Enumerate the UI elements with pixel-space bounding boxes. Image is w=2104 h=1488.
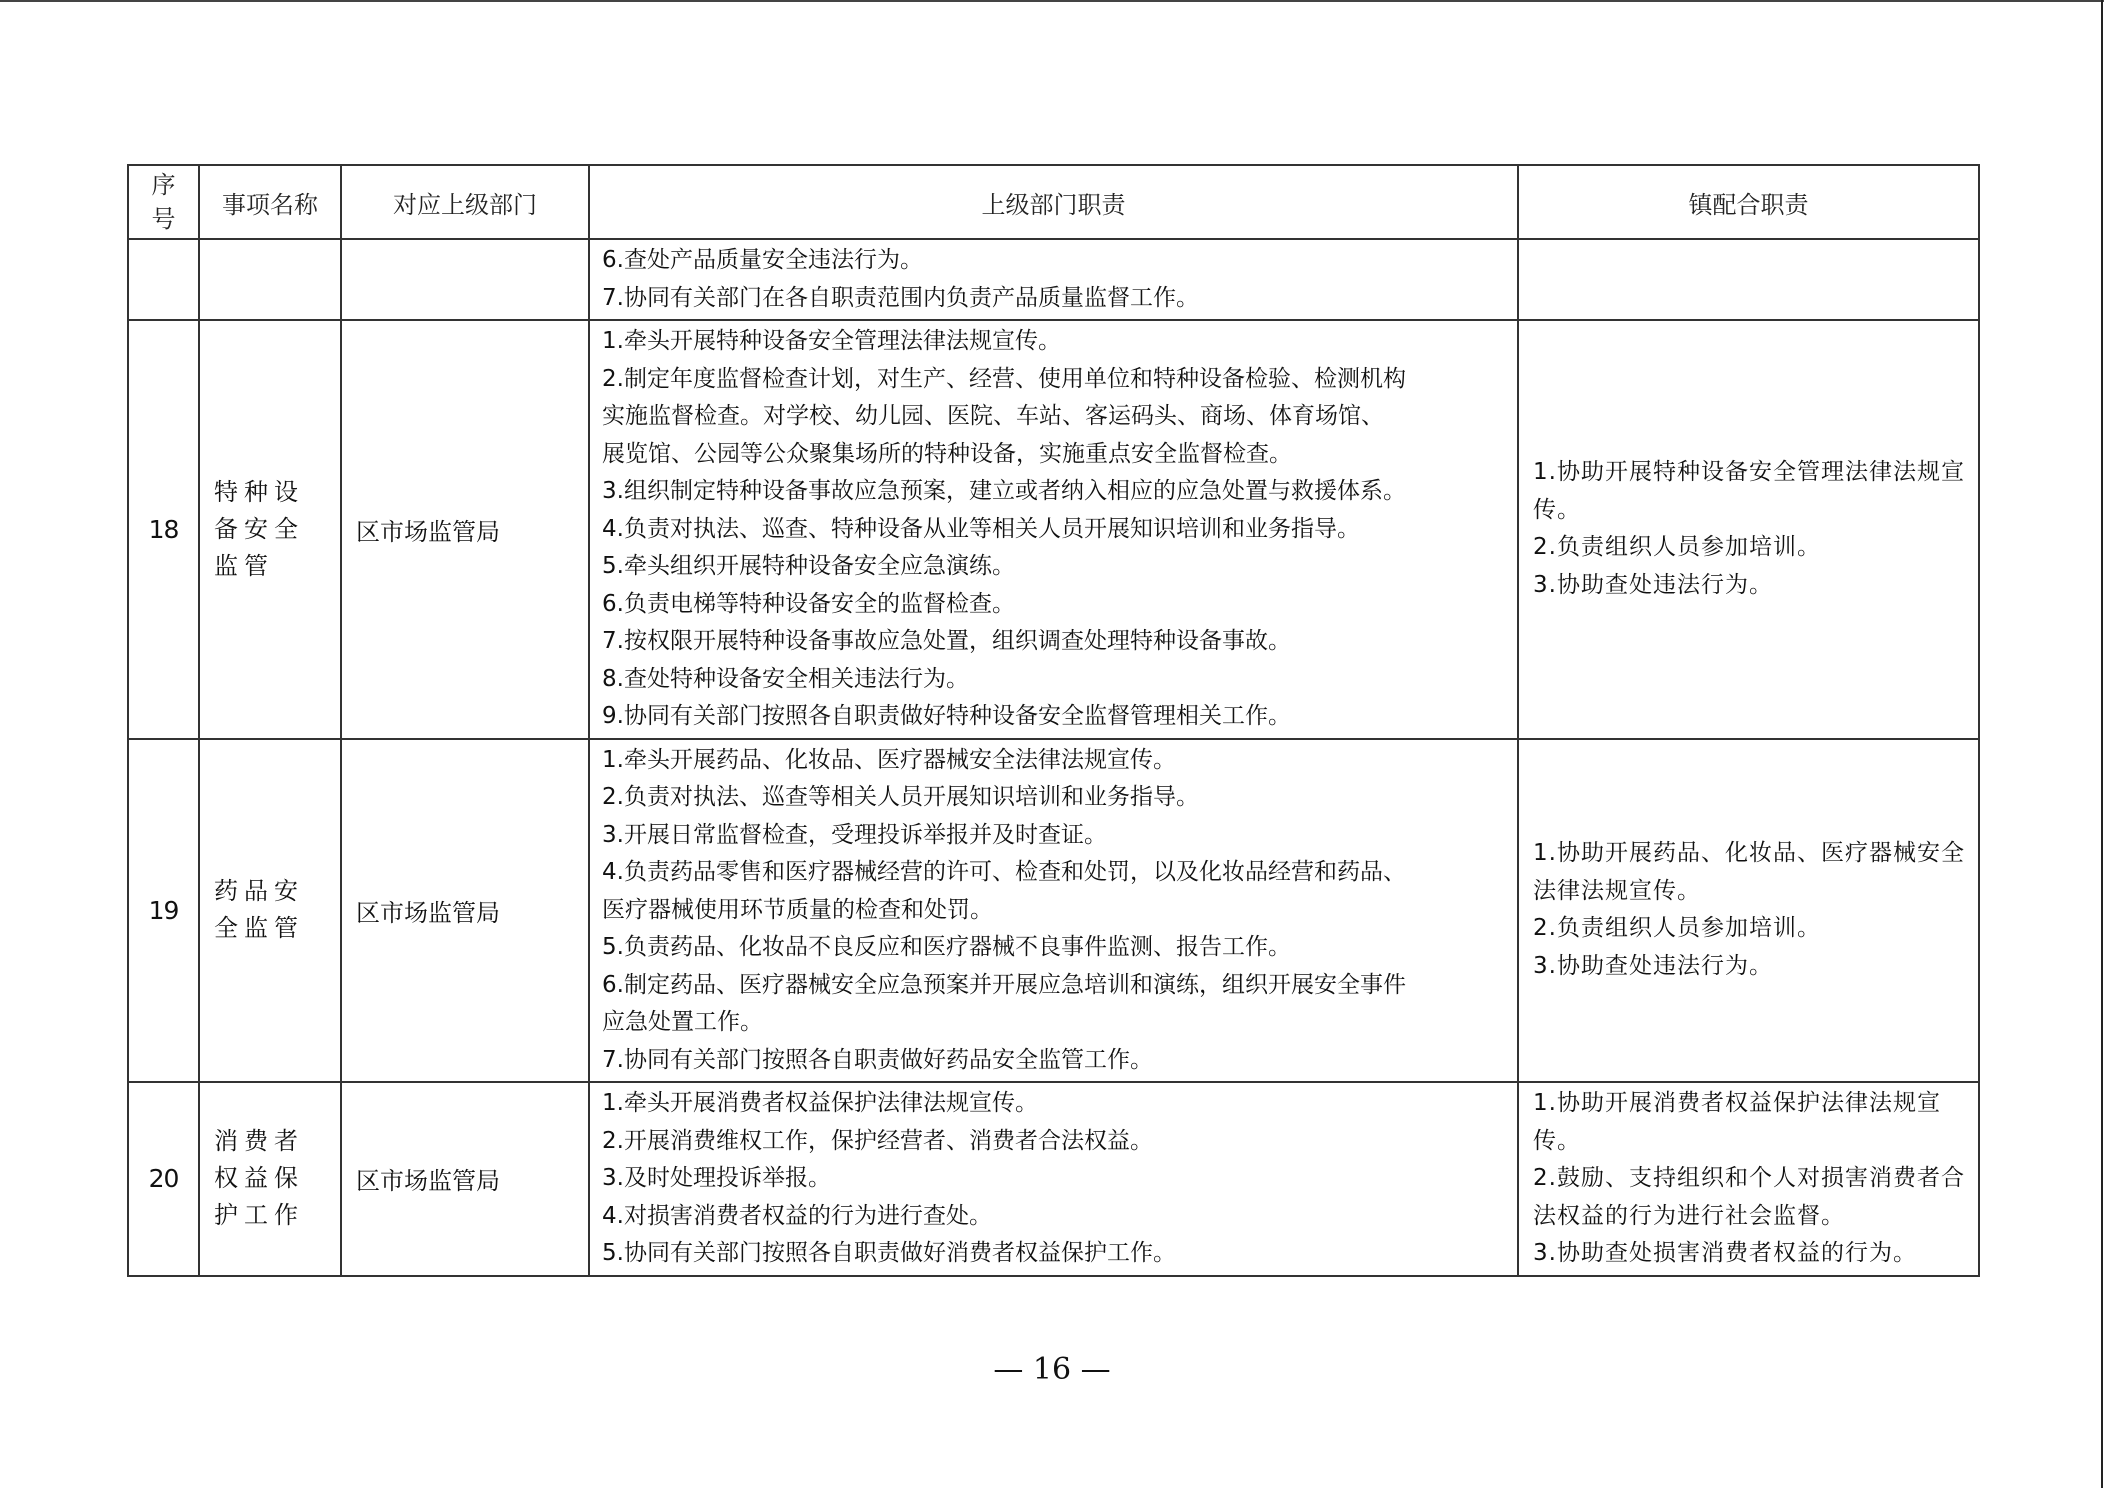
duty-line: 4.负责药品零售和医疗器械经营的许可、检查和处罚，以及化妆品经营和药品、	[602, 854, 1507, 892]
table-row: 19 药品安全监管 区市场监管局 1.牵头开展药品、化妆品、医疗器械安全法律法规…	[128, 739, 1979, 1083]
duty-line: 3.开展日常监督检查，受理投诉举报并及时查证。	[602, 817, 1507, 855]
page-number: — 16 —	[0, 1352, 2104, 1387]
row-superior-duties: 1.牵头开展消费者权益保护法律法规宣传。 2.开展消费维权工作，保护经营者、消费…	[589, 1082, 1518, 1276]
header-seq-label: 序号	[151, 168, 177, 236]
header-seq: 序号	[128, 165, 199, 239]
coop-line: 3.协助查处违法行为。	[1533, 567, 1966, 605]
row-superior-dept: 区市场监管局	[341, 1082, 589, 1276]
coop-line: 1.协助开展特种设备安全管理法律法规宣传。	[1533, 454, 1966, 529]
table-row: 18 特种设备安全监管 区市场监管局 1.牵头开展特种设备安全管理法律法规宣传。…	[128, 320, 1979, 739]
duty-line: 6.制定药品、医疗器械安全应急预案并开展应急培训和演练，组织开展安全事件	[602, 967, 1507, 1005]
duty-line: 1.牵头开展药品、化妆品、医疗器械安全法律法规宣传。	[602, 742, 1507, 780]
duty-line: 1.牵头开展特种设备安全管理法律法规宣传。	[602, 323, 1507, 361]
header-item-name: 事项名称	[199, 165, 341, 239]
coop-line: 1.协助开展消费者权益保护法律法规宣传。	[1533, 1085, 1966, 1160]
coop-line: 3.协助查处违法行为。	[1533, 948, 1966, 986]
row-town-cooperation	[1518, 239, 1979, 320]
row-item-name: 药品安全监管	[199, 739, 341, 1083]
coop-line: 1.协助开展药品、化妆品、医疗器械安全法律法规宣传。	[1533, 835, 1966, 910]
coop-line: 2.负责组织人员参加培训。	[1533, 529, 1966, 567]
table-row: 6.查处产品质量安全违法行为。 7.协同有关部门在各自职责范围内负责产品质量监督…	[128, 239, 1979, 320]
duty-line: 4.负责对执法、巡查、特种设备从业等相关人员开展知识培训和业务指导。	[602, 511, 1507, 549]
duty-line: 1.牵头开展消费者权益保护法律法规宣传。	[602, 1085, 1507, 1123]
row-superior-dept: 区市场监管局	[341, 739, 589, 1083]
coop-line: 2.鼓励、支持组织和个人对损害消费者合法权益的行为进行社会监督。	[1533, 1160, 1966, 1235]
duty-line: 8.查处特种设备安全相关违法行为。	[602, 661, 1507, 699]
duty-line: 展览馆、公园等公众聚集场所的特种设备，实施重点安全监督检查。	[602, 436, 1507, 474]
duty-line: 医疗器械使用环节质量的检查和处罚。	[602, 892, 1507, 930]
row-item-name: 特种设备安全监管	[199, 320, 341, 739]
table-row: 20 消费者权益保护工作 区市场监管局 1.牵头开展消费者权益保护法律法规宣传。…	[128, 1082, 1979, 1276]
header-superior-dept: 对应上级部门	[341, 165, 589, 239]
row-item-name	[199, 239, 341, 320]
duty-line: 3.及时处理投诉举报。	[602, 1160, 1507, 1198]
row-seq: 18	[128, 320, 199, 739]
page-border-top	[0, 0, 2104, 2]
row-superior-duties: 1.牵头开展药品、化妆品、医疗器械安全法律法规宣传。 2.负责对执法、巡查等相关…	[589, 739, 1518, 1083]
row-superior-duties: 6.查处产品质量安全违法行为。 7.协同有关部门在各自职责范围内负责产品质量监督…	[589, 239, 1518, 320]
page-border-right	[2101, 0, 2103, 1488]
duty-line: 5.牵头组织开展特种设备安全应急演练。	[602, 548, 1507, 586]
duty-line: 5.协同有关部门按照各自职责做好消费者权益保护工作。	[602, 1235, 1507, 1273]
duty-line: 5.负责药品、化妆品不良反应和医疗器械不良事件监测、报告工作。	[602, 929, 1507, 967]
coop-line: 3.协助查处损害消费者权益的行为。	[1533, 1235, 1966, 1273]
duty-line: 9.协同有关部门按照各自职责做好特种设备安全监督管理相关工作。	[602, 698, 1507, 736]
row-seq	[128, 239, 199, 320]
duty-line: 7.协同有关部门按照各自职责做好药品安全监管工作。	[602, 1042, 1507, 1080]
duty-line: 7.按权限开展特种设备事故应急处置，组织调查处理特种设备事故。	[602, 623, 1507, 661]
coop-line: 2.负责组织人员参加培训。	[1533, 910, 1966, 948]
row-town-cooperation: 1.协助开展特种设备安全管理法律法规宣传。 2.负责组织人员参加培训。 3.协助…	[1518, 320, 1979, 739]
duty-line: 应急处置工作。	[602, 1004, 1507, 1042]
table-header-row: 序号 事项名称 对应上级部门 上级部门职责 镇配合职责	[128, 165, 1979, 239]
header-town-cooperation: 镇配合职责	[1518, 165, 1979, 239]
duty-line: 2.开展消费维权工作，保护经营者、消费者合法权益。	[602, 1123, 1507, 1161]
row-superior-dept	[341, 239, 589, 320]
duty-line: 3.组织制定特种设备事故应急预案，建立或者纳入相应的应急处置与救援体系。	[602, 473, 1507, 511]
responsibility-table: 序号 事项名称 对应上级部门 上级部门职责 镇配合职责 6.查处产品质量安全违法…	[127, 164, 1980, 1277]
duty-line: 实施监督检查。对学校、幼儿园、医院、车站、客运码头、商场、体育场馆、	[602, 398, 1507, 436]
duty-line: 2.负责对执法、巡查等相关人员开展知识培训和业务指导。	[602, 779, 1507, 817]
duty-line: 7.协同有关部门在各自职责范围内负责产品质量监督工作。	[602, 280, 1507, 318]
duty-line: 2.制定年度监督检查计划，对生产、经营、使用单位和特种设备检验、检测机构	[602, 361, 1507, 399]
row-seq: 20	[128, 1082, 199, 1276]
duty-line: 6.查处产品质量安全违法行为。	[602, 242, 1507, 280]
row-superior-dept: 区市场监管局	[341, 320, 589, 739]
row-superior-duties: 1.牵头开展特种设备安全管理法律法规宣传。 2.制定年度监督检查计划，对生产、经…	[589, 320, 1518, 739]
row-seq: 19	[128, 739, 199, 1083]
duty-line: 4.对损害消费者权益的行为进行查处。	[602, 1198, 1507, 1236]
duty-line: 6.负责电梯等特种设备安全的监督检查。	[602, 586, 1507, 624]
row-town-cooperation: 1.协助开展消费者权益保护法律法规宣传。 2.鼓励、支持组织和个人对损害消费者合…	[1518, 1082, 1979, 1276]
row-town-cooperation: 1.协助开展药品、化妆品、医疗器械安全法律法规宣传。 2.负责组织人员参加培训。…	[1518, 739, 1979, 1083]
row-item-name: 消费者权益保护工作	[199, 1082, 341, 1276]
header-superior-duties: 上级部门职责	[589, 165, 1518, 239]
